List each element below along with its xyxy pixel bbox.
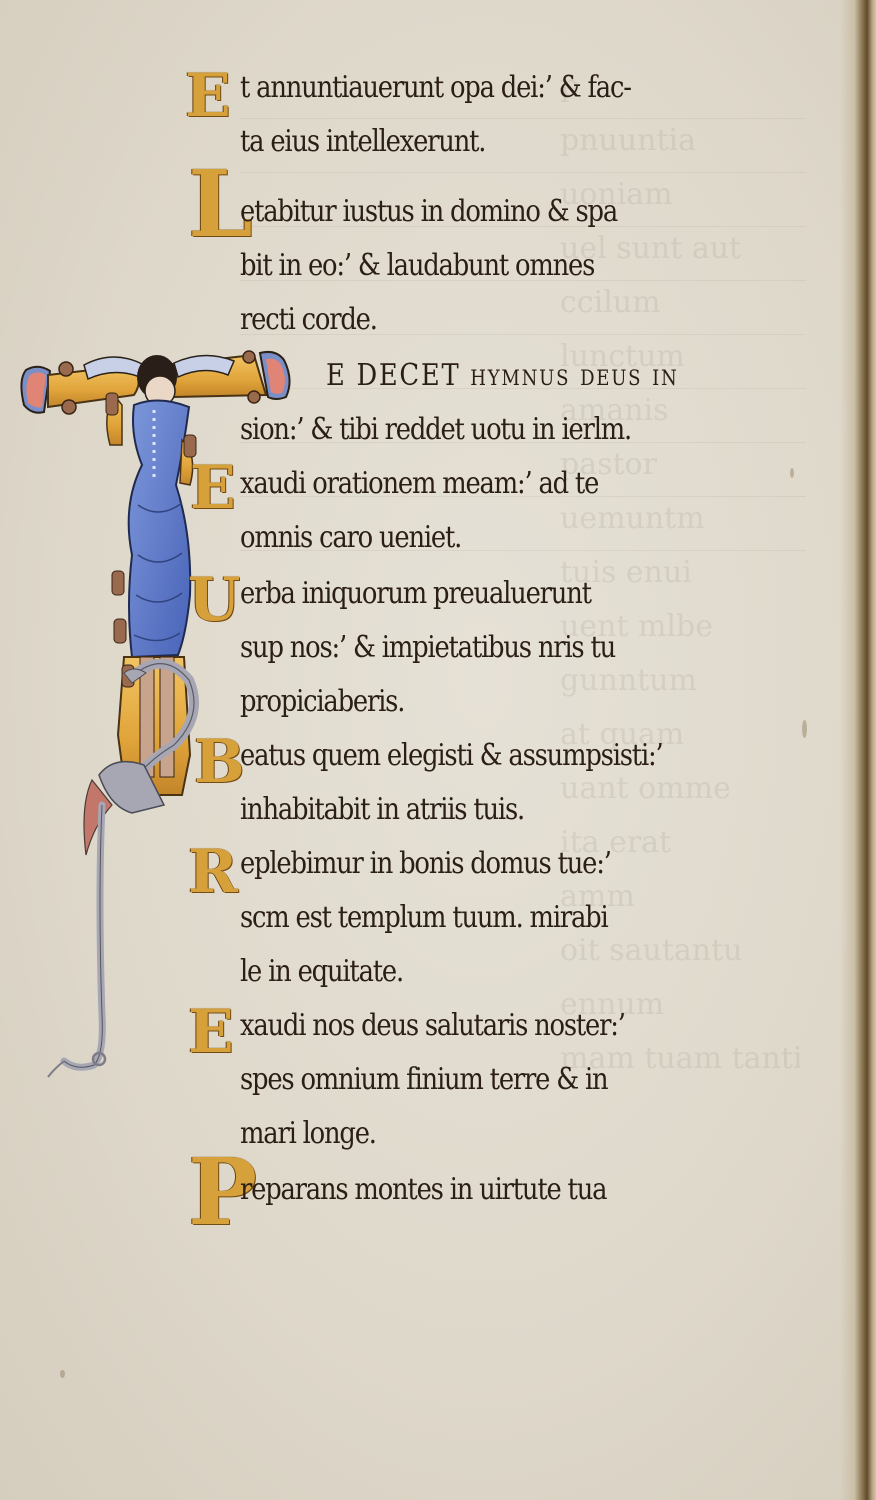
text-line-2: ta eius intellexerunt. xyxy=(240,124,485,178)
text-line-14: inhabitabit in atriis tuis. xyxy=(240,792,524,846)
initial-u: U xyxy=(188,570,240,630)
text-line-10: erba iniquorum preualuerunt xyxy=(240,576,591,630)
text-line-8: xaudi orationem meam:’ ad te xyxy=(240,466,598,520)
text-line-20: mari longe. xyxy=(240,1116,376,1170)
text-line-5: recti corde. xyxy=(240,302,377,356)
text-line-21: reparans montes in uirtute tua xyxy=(240,1172,606,1226)
stain xyxy=(802,720,807,738)
text-line-12: propiciaberis. xyxy=(240,684,404,738)
initial-e-1: E xyxy=(185,66,231,126)
text-line-6: E DECET hymnus deus in xyxy=(326,358,679,412)
crossbar-left-bell xyxy=(21,367,50,413)
page-gutter-edge xyxy=(840,0,876,1500)
text-line-7: sion:’ & tibi reddet uotu in ierlm. xyxy=(240,412,631,466)
text-line-1: t annuntiauerunt opa dei:’ & fac- xyxy=(240,70,631,124)
stain xyxy=(790,468,794,478)
initial-b: B xyxy=(194,732,245,792)
text-line-3: etabitur iustus in domino & spa xyxy=(240,194,617,248)
initial-r: R xyxy=(188,842,238,902)
text-line-19: spes omnium finium terre & in xyxy=(240,1062,607,1116)
text-line-13: eatus quem elegisti & assumpsisti:’ xyxy=(240,738,662,792)
text-line-15: eplebimur in bonis domus tue:’ xyxy=(240,846,611,900)
stain xyxy=(60,1370,65,1378)
initial-e-2: E xyxy=(190,458,236,518)
text-line-16: scm est templum tuum. mirabi xyxy=(240,900,608,954)
initial-e-3: E xyxy=(188,1002,234,1062)
manuscript-folio: ppnuuntiauoniamuel sunt autccilumlunctum… xyxy=(0,0,876,1500)
text-line-4: bit in eo:’ & laudabunt omnes xyxy=(240,248,594,302)
text-line-18: xaudi nos deus salutaris noster:’ xyxy=(240,1008,625,1062)
text-line-11: sup nos:’ & impietatibus nris tu xyxy=(240,630,615,684)
text-line-9: omnis caro ueniet. xyxy=(240,520,461,574)
text-line-17: le in equitate. xyxy=(240,954,403,1008)
